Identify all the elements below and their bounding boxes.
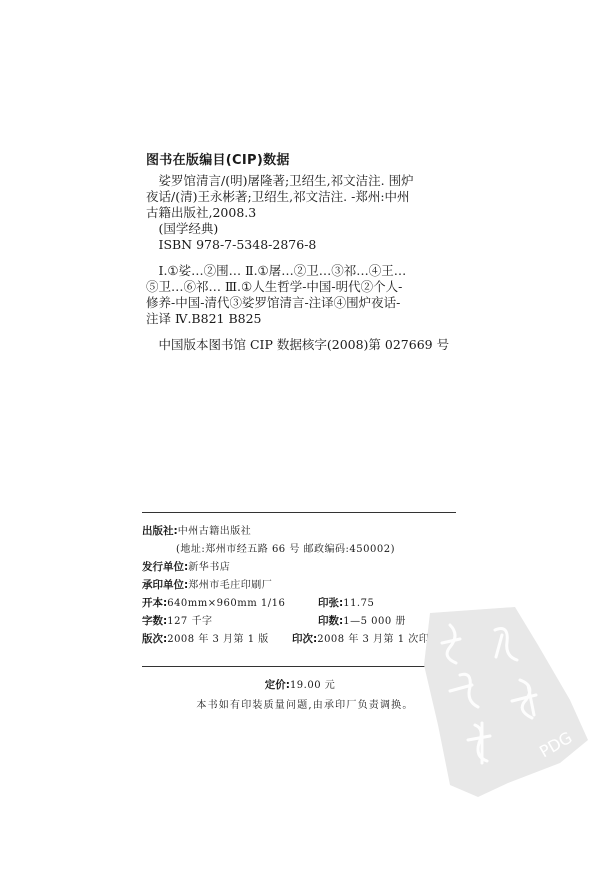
edition-label: 版次: bbox=[142, 633, 167, 645]
edition-row: 版次:2008 年 3 月第 1 版 印次:2008 年 3 月第 1 次印刷 bbox=[142, 630, 462, 648]
cip-record-line: 古籍出版社,2008.3 bbox=[146, 205, 468, 221]
address-value: (地址:郑州市经五路 66 号 邮政编码:450002) bbox=[176, 544, 395, 555]
colophon: 出版社:中州古籍出版社 (地址:郑州市经五路 66 号 邮政编码:450002)… bbox=[142, 522, 462, 648]
distributor-value: 新华书店 bbox=[188, 562, 230, 573]
watermark-text: PDG bbox=[536, 728, 575, 762]
words-label: 字数: bbox=[142, 615, 167, 627]
price-label: 定价: bbox=[265, 679, 290, 691]
distributor-label: 发行单位: bbox=[142, 561, 188, 573]
cip-record-line: 夜话/(清)王永彬著;卫绍生,祁文洁注. -郑州:中州 bbox=[146, 189, 468, 205]
cip-title: 图书在版编目(CIP)数据 bbox=[146, 153, 468, 169]
words-row: 字数:127 千字 印数:1—5 000 册 bbox=[142, 612, 462, 630]
printing-value: 2008 年 3 月第 1 次印刷 bbox=[317, 634, 440, 645]
format-label: 开本: bbox=[142, 597, 167, 609]
sheets-value: 11.75 bbox=[343, 598, 374, 609]
print-run-label: 印数: bbox=[318, 615, 343, 627]
printing-label: 印次: bbox=[292, 633, 317, 645]
cip-record-line: 娑罗馆清言/(明)屠隆著;卫绍生,祁文洁注. 围炉 bbox=[146, 173, 468, 189]
printer-value: 郑州市毛庄印刷厂 bbox=[188, 580, 272, 591]
address-row: (地址:郑州市经五路 66 号 邮政编码:450002) bbox=[142, 540, 462, 558]
cip-classification-line: 修养-中国-清代③娑罗馆清言-注译④围炉夜话- bbox=[146, 295, 468, 311]
printer-row: 承印单位:郑州市毛庄印刷厂 bbox=[142, 576, 462, 594]
format-value: 640mm×960mm 1/16 bbox=[167, 598, 285, 609]
quality-notice: 本书如有印装质量问题,由承印厂负责调换。 bbox=[0, 696, 600, 711]
price-line: 定价:19.00 元 bbox=[0, 676, 600, 692]
distributor-row: 发行单位:新华书店 bbox=[142, 558, 462, 576]
printer-label: 承印单位: bbox=[142, 579, 188, 591]
words-value: 127 千字 bbox=[167, 616, 212, 627]
format-row: 开本:640mm×960mm 1/16 印张:11.75 bbox=[142, 594, 462, 612]
divider-bottom bbox=[142, 666, 456, 667]
cip-classification-line: 注译 Ⅳ.B821 B825 bbox=[146, 311, 468, 327]
sheets-label: 印张: bbox=[318, 597, 343, 609]
print-run-value: 1—5 000 册 bbox=[343, 616, 406, 627]
publisher-label: 出版社: bbox=[142, 525, 178, 537]
cip-block: 图书在版编目(CIP)数据 娑罗馆清言/(明)屠隆著;卫绍生,祁文洁注. 围炉 … bbox=[146, 153, 468, 353]
cip-series: (国学经典) bbox=[146, 221, 468, 237]
edition-value: 2008 年 3 月第 1 版 bbox=[167, 634, 269, 645]
publisher-row: 出版社:中州古籍出版社 bbox=[142, 522, 462, 540]
cip-classification-line: ⑤卫…⑥祁… Ⅲ.①人生哲学-中国-明代②个人- bbox=[146, 279, 468, 295]
price-value: 19.00 元 bbox=[290, 680, 335, 691]
divider-top bbox=[142, 512, 456, 513]
cip-number: 中国版本图书馆 CIP 数据核字(2008)第 027669 号 bbox=[146, 337, 468, 353]
publisher-value: 中州古籍出版社 bbox=[178, 526, 252, 537]
cip-classification-line: Ⅰ.①娑…②围… Ⅱ.①屠…②卫…③祁…④王… bbox=[146, 263, 468, 279]
cip-isbn: ISBN 978-7-5348-2876-8 bbox=[146, 237, 468, 253]
